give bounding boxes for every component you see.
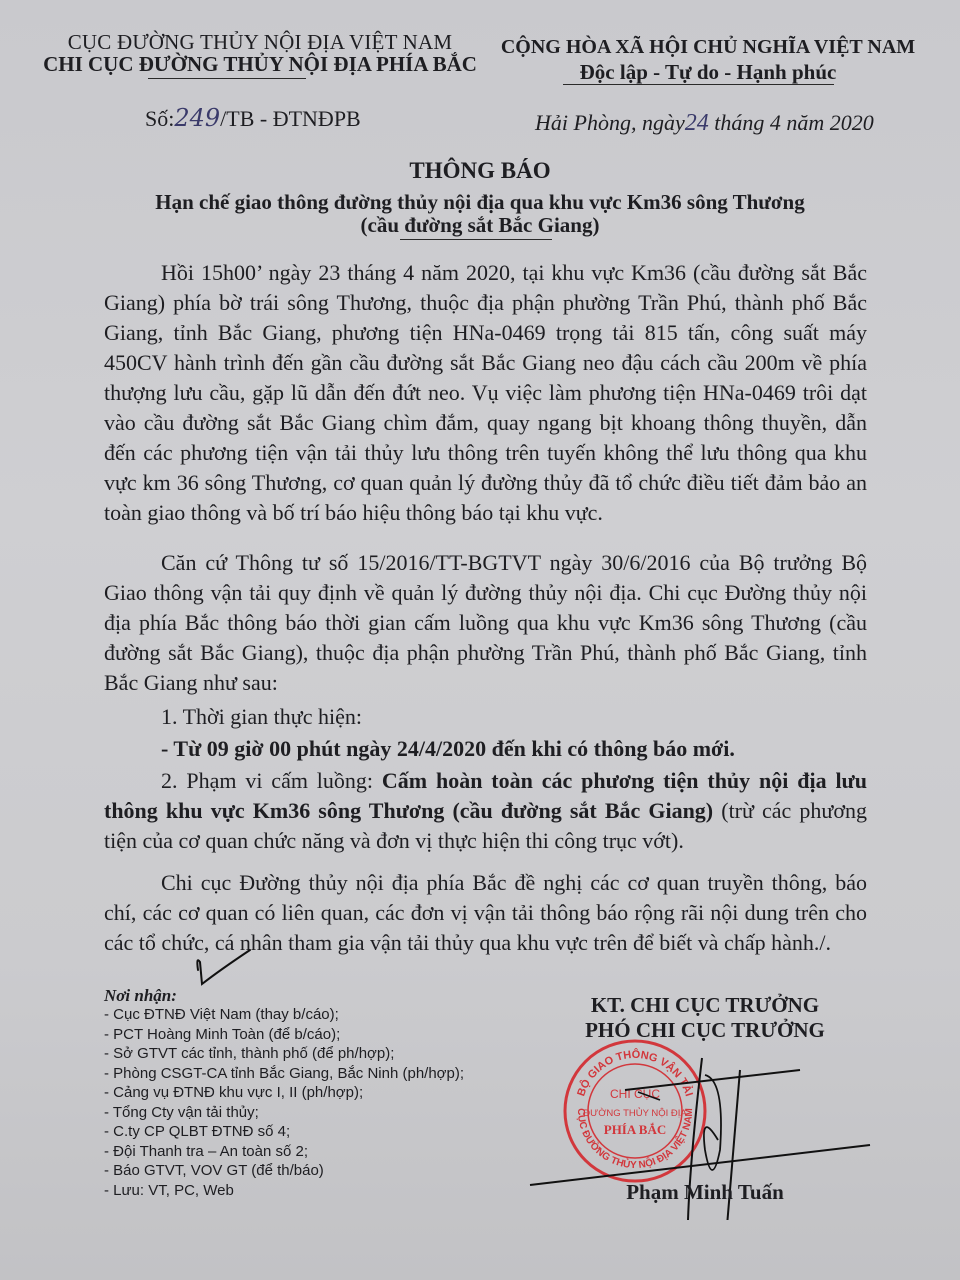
recipient-item: - Lưu: VT, PC, Web: [104, 1181, 464, 1201]
recipients-title: Nơi nhận:: [104, 986, 464, 1005]
item-1-label-text: 1. Thời gian thực hiện:: [161, 704, 362, 729]
place-date-suffix: tháng 4 năm 2020: [709, 110, 874, 135]
place-date-prefix: Hải Phòng, ngày: [535, 110, 685, 135]
place-date: Hải Phòng, ngày24 tháng 4 năm 2020: [535, 110, 874, 137]
subtitle-underline: [400, 239, 552, 240]
item-2: 2. Phạm vi cấm luồng: Cấm hoàn toàn các …: [104, 766, 867, 856]
signer-name: Phạm Minh Tuấn: [560, 1180, 850, 1205]
document-number: Số:249/TB - ĐTNĐPB: [145, 104, 361, 132]
doc-number-suffix: /TB - ĐTNĐPB: [220, 106, 361, 131]
recipient-item: - Tổng Cty vận tải thủy;: [104, 1103, 464, 1123]
recipient-item: - Cục ĐTNĐ Việt Nam (thay b/cáo);: [104, 1005, 464, 1025]
document-subtitle-line1: Hạn chế giao thông đường thủy nội địa qu…: [0, 190, 960, 215]
recipient-item: - Đội Thanh tra – An toàn số 2;: [104, 1142, 464, 1162]
document-title: THÔNG BÁO: [0, 158, 960, 184]
item-1-value: - Từ 09 giờ 00 phút ngày 24/4/2020 đến k…: [161, 734, 861, 764]
paragraph-legal-basis: Căn cứ Thông tư số 15/2016/TT-BGTVT ngày…: [104, 548, 867, 698]
recipient-item: - Cảng vụ ĐTNĐ khu vực I, II (ph/hợp);: [104, 1083, 464, 1103]
document-page: CỤC ĐƯỜNG THỦY NỘI ĐỊA VIỆT NAM CHI CỤC …: [0, 0, 960, 1280]
document-subtitle-line2: (cầu đường sắt Bắc Giang): [0, 213, 960, 238]
agency-name: CHI CỤC ĐƯỜNG THỦY NỘI ĐỊA PHÍA BẮC: [40, 52, 480, 77]
day-handwritten: 24: [685, 110, 709, 136]
doc-number-prefix: Số:: [145, 106, 174, 131]
paragraph-incident: Hồi 15h00’ ngày 23 tháng 4 năm 2020, tại…: [104, 258, 867, 528]
item-1-label: 1. Thời gian thực hiện:: [161, 702, 861, 732]
initial-checkmark-icon: [190, 940, 310, 990]
recipient-item: - C.ty CP QLBT ĐTNĐ số 4;: [104, 1122, 464, 1142]
motto-underline: [563, 84, 834, 85]
doc-number-handwritten: 249: [174, 104, 220, 132]
recipients-block: Nơi nhận: - Cục ĐTNĐ Việt Nam (thay b/cá…: [104, 986, 464, 1200]
signature-title-1: KT. CHI CỤC TRƯỞNG: [540, 993, 870, 1018]
country-name: CỘNG HÒA XÃ HỘI CHỦ NGHĨA VIỆT NAM: [488, 36, 928, 59]
recipient-item: - PCT Hoàng Minh Toàn (để b/cáo);: [104, 1025, 464, 1045]
recipient-item: - Sở GTVT các tỉnh, thành phố (để ph/hợp…: [104, 1044, 464, 1064]
recipient-item: - Báo GTVT, VOV GT (để th/báo): [104, 1161, 464, 1181]
item-2-label: 2. Phạm vi cấm luồng:: [161, 768, 382, 793]
recipient-item: - Phòng CSGT-CA tỉnh Bắc Giang, Bắc Ninh…: [104, 1064, 464, 1084]
national-motto: Độc lập - Tự do - Hạnh phúc: [488, 60, 928, 85]
agency-underline: [148, 78, 306, 79]
